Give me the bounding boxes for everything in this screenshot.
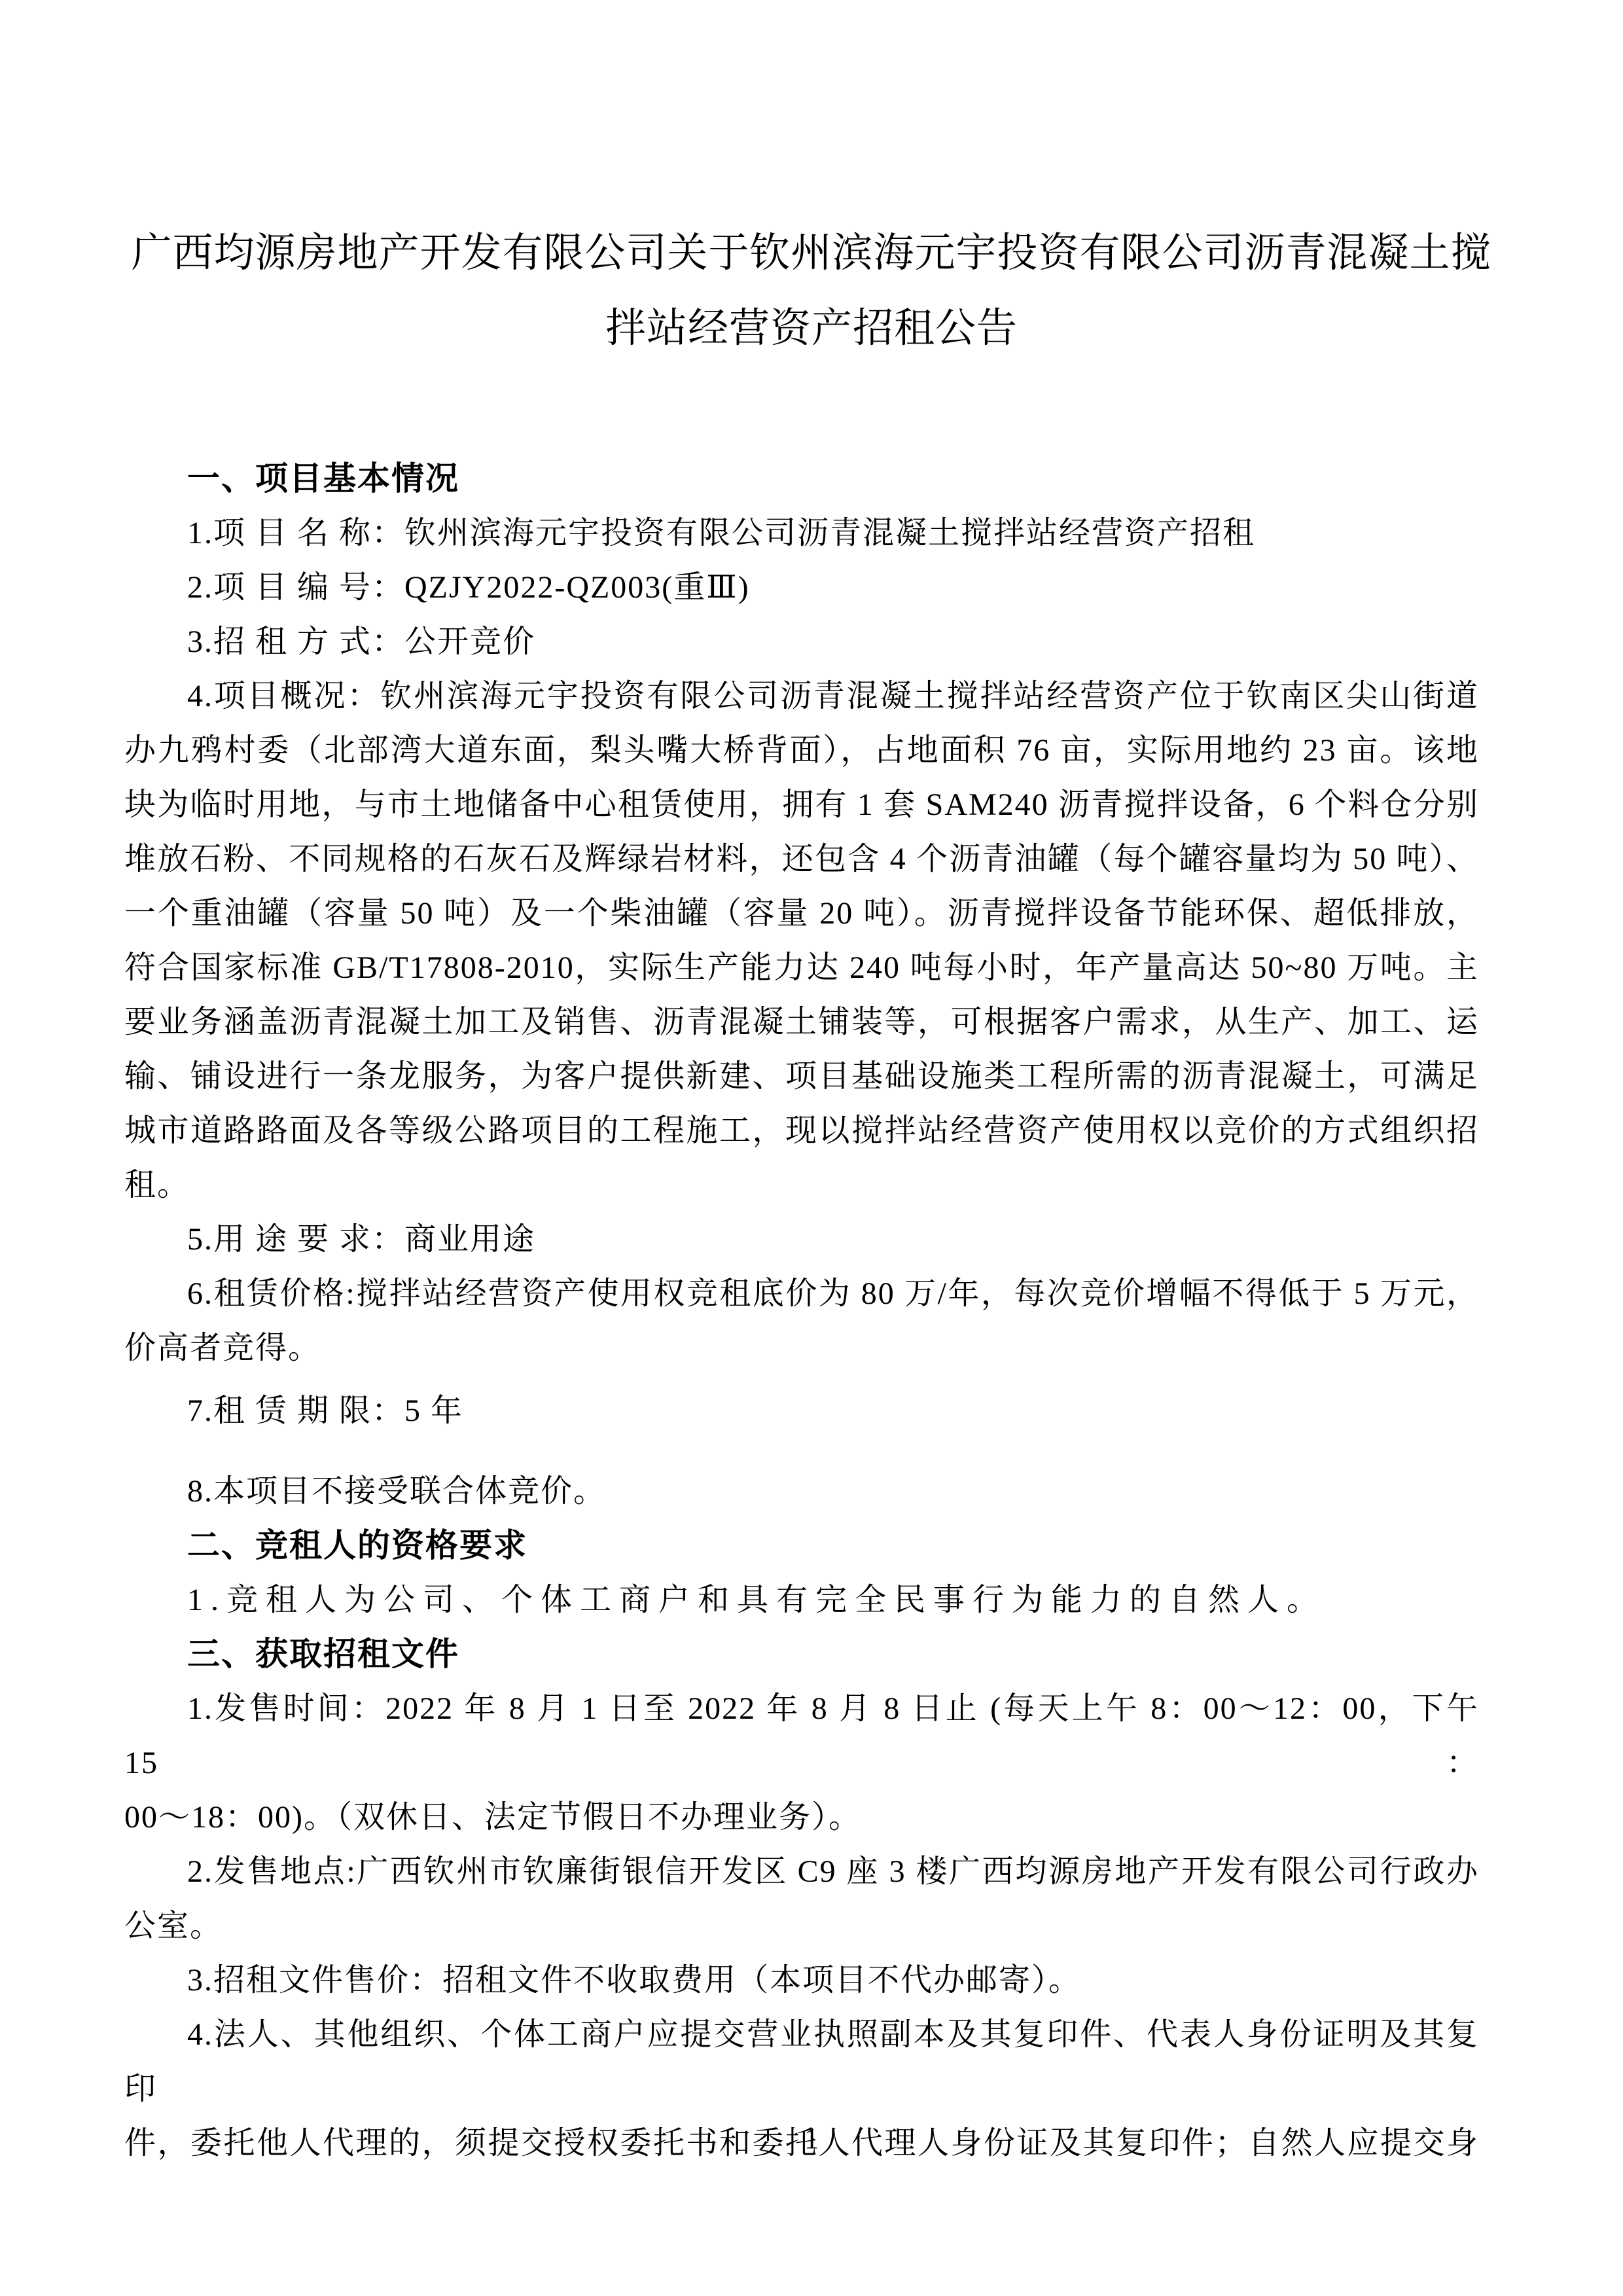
document-page: 广西均源房地产开发有限公司关于钦州滨海元宇投资有限公司沥青混凝土搅 拌站经营资产… (0, 0, 1623, 2296)
text-line: 6.租赁价格:搅拌站经营资产使用权竞租底价为 80 万/年，每次竞价增幅不得低于… (124, 1266, 1479, 1321)
text-line: 8.本项目不接受联合体竞价。 (124, 1464, 1479, 1518)
text-line: 4.项目概况：钦州滨海元宇投资有限公司沥青混凝土搅拌站经营资产位于钦南区尖山街道 (124, 669, 1479, 723)
document-title-line1: 广西均源房地产开发有限公司关于钦州滨海元宇投资有限公司沥青混凝土搅 (0, 216, 1623, 291)
text-line: 办九鸦村委（北部湾大道东面，梨头嘴大桥背面），占地面积 76 亩，实际用地约 2… (124, 723, 1479, 778)
text-line: 一个重油罐（容量 50 吨）及一个柴油罐（容量 20 吨）。沥青搅拌设备节能环保… (124, 886, 1479, 941)
document-title-line2: 拌站经营资产招租公告 (0, 291, 1623, 367)
text-line: 2.发售地点:广西钦州市钦廉街银信开发区 C9 座 3 楼广西均源房地产开发有限… (124, 1844, 1479, 1899)
text-line: 块为临时用地，与市土地储备中心租赁使用，拥有 1 套 SAM240 沥青搅拌设备… (124, 778, 1479, 832)
document-body: 一、项目基本情况1.项 目 名 称：钦州滨海元宇投资有限公司沥青混凝土搅拌站经营… (124, 452, 1479, 2170)
text-line: 3.招租文件售价：招租文件不收取费用（本项目不代办邮寄）。 (124, 1953, 1479, 2007)
text-line: 1.项 目 名 称：钦州滨海元宇投资有限公司沥青混凝土搅拌站经营资产招租 (124, 506, 1479, 560)
text-line: 租。 (124, 1158, 1479, 1212)
text-line: 00～18：00)。（双休日、法定节假日不办理业务）。 (124, 1790, 1479, 1844)
text-line: 1.竞租人为公司、个体工商户和具有完全民事行为能力的自然人。 (124, 1573, 1479, 1627)
text-line: 3.招 租 方 式：公开竞价 (124, 615, 1479, 669)
text-line: 1.发售时间：2022 年 8 月 1 日至 2022 年 8 月 8 日止 (… (124, 1681, 1479, 1790)
text-line: 2.项 目 编 号：QZJY2022-QZ003(重Ⅲ) (124, 560, 1479, 615)
text-line: 输、铺设进行一条龙服务，为客户提供新建、项目基础设施类工程所需的沥青混凝土，可满… (124, 1049, 1479, 1103)
text-line: 4.法人、其他组织、个体工商户应提交营业执照副本及其复印件、代表人身份证明及其复… (124, 2007, 1479, 2116)
text-line: 价高者竞得。 (124, 1321, 1479, 1375)
section-heading: 一、项目基本情况 (124, 452, 1479, 506)
text-line: 7.租 赁 期 限：5 年 (124, 1384, 1479, 1438)
text-line: 要业务涵盖沥青混凝土加工及销售、沥青混凝土铺装等，可根据客户需求，从生产、加工、… (124, 995, 1479, 1049)
section-heading: 二、竞租人的资格要求 (124, 1518, 1479, 1573)
document-title: 广西均源房地产开发有限公司关于钦州滨海元宇投资有限公司沥青混凝土搅 拌站经营资产… (0, 0, 1623, 367)
page-number: 1 (0, 2122, 1623, 2155)
section-heading: 三、获取招租文件 (124, 1627, 1479, 1681)
text-line: 堆放石粉、不同规格的石灰石及辉绿岩材料，还包含 4 个沥青油罐（每个罐容量均为 … (124, 832, 1479, 886)
text-line: 公室。 (124, 1899, 1479, 1953)
text-line: 城市道路路面及各等级公路项目的工程施工，现以搅拌站经营资产使用权以竞价的方式组织… (124, 1103, 1479, 1158)
text-line: 符合国家标准 GB/T17808-2010，实际生产能力达 240 吨每小时，年… (124, 941, 1479, 995)
text-line: 5.用 途 要 求：商业用途 (124, 1212, 1479, 1266)
